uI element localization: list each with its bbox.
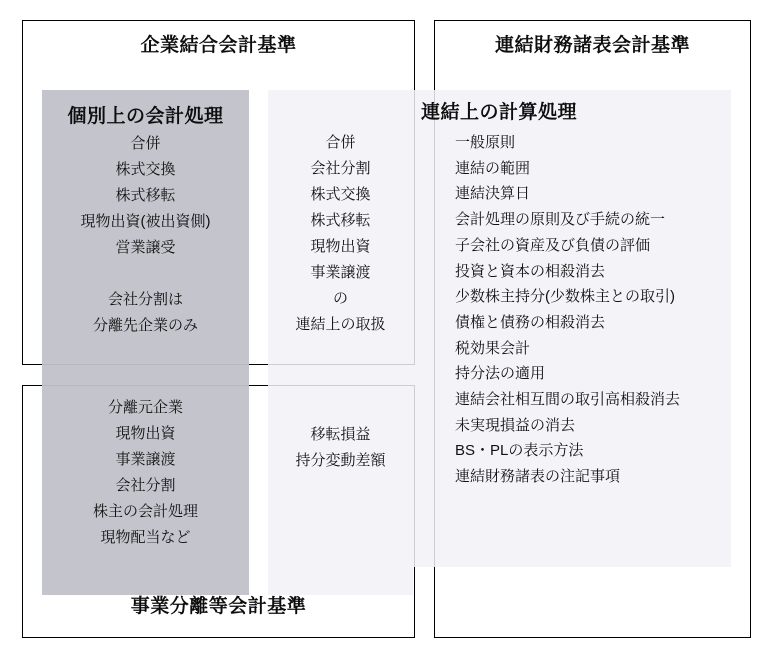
list-item — [42, 261, 249, 287]
list-item: 連結財務諸表の注記事項 — [455, 464, 731, 490]
list-item: BS・PLの表示方法 — [455, 438, 731, 464]
individual-items-list: 合併株式交換株式移転現物出資(被出資側)営業譲受 会社分割は分離先企業のみ — [42, 131, 249, 339]
list-item: 少数株主持分(少数株主との取引) — [455, 284, 731, 310]
consolidated-calculation-heading: 連結上の計算処理 — [413, 90, 731, 127]
consolidation-treatment-panel: 合併会社分割株式交換株式移転現物出資事業譲渡の連結上の取扱 移転損益持分変動差額 — [268, 90, 413, 595]
list-item: 会社分割 — [42, 473, 249, 499]
list-item: 会計処理の原則及び手続の統一 — [455, 207, 731, 233]
list-item: 現物出資(被出資側) — [42, 209, 249, 235]
list-item: 株式交換 — [42, 157, 249, 183]
list-item: 持分変動差額 — [268, 448, 413, 474]
diagram-canvas: 企業結合会計基準 事業分離等会計基準 連結財務諸表会計基準 個別上の会計処理 合… — [0, 0, 771, 646]
list-item: 会社分割は — [42, 287, 249, 313]
list-item: 合併 — [268, 130, 413, 156]
consolidation-target-list: 合併会社分割株式交換株式移転現物出資事業譲渡の連結上の取扱 — [268, 90, 413, 338]
list-item: 事業譲渡 — [268, 260, 413, 286]
list-item: 株式移転 — [268, 208, 413, 234]
list-item: 移転損益 — [268, 422, 413, 448]
list-item: 投資と資本の相殺消去 — [455, 259, 731, 285]
consolidated-calculation-panel: 連結上の計算処理 一般原則連結の範囲連結決算日会計処理の原則及び手続の統一子会社… — [413, 90, 731, 567]
consolidated-fs-title: 連結財務諸表会計基準 — [435, 21, 750, 60]
list-item: 持分法の適用 — [455, 361, 731, 387]
list-item: 連結の範囲 — [455, 156, 731, 182]
list-item: 株式移転 — [42, 183, 249, 209]
list-item: 営業譲受 — [42, 235, 249, 261]
list-item: 税効果会計 — [455, 336, 731, 362]
individual-accounting-heading: 個別上の会計処理 — [42, 90, 249, 131]
panel-spacer — [268, 338, 413, 422]
list-item: 未実現損益の消去 — [455, 413, 731, 439]
separation-items-list: 分離元企業現物出資事業譲渡会社分割株主の会計処理現物配当など — [42, 395, 249, 551]
business-combination-title: 企業結合会計基準 — [23, 21, 414, 60]
list-item: 分離先企業のみ — [42, 313, 249, 339]
list-item: 連結決算日 — [455, 181, 731, 207]
list-item: 事業譲渡 — [42, 447, 249, 473]
list-item: 現物配当など — [42, 525, 249, 551]
list-item: 連結会社相互間の取引高相殺消去 — [455, 387, 731, 413]
list-item: 債権と債務の相殺消去 — [455, 310, 731, 336]
business-separation-title: 事業分離等会計基準 — [23, 593, 414, 621]
list-item: 株主の会計処理 — [42, 499, 249, 525]
individual-accounting-panel: 個別上の会計処理 合併株式交換株式移転現物出資(被出資側)営業譲受 会社分割は分… — [42, 90, 249, 595]
list-item: 株式交換 — [268, 182, 413, 208]
list-item: 一般原則 — [455, 130, 731, 156]
list-item: 分離元企業 — [42, 395, 249, 421]
list-item: の — [268, 286, 413, 312]
panel-spacer — [42, 339, 249, 395]
list-item: 会社分割 — [268, 156, 413, 182]
list-item: 現物出資 — [42, 421, 249, 447]
consolidated-calculation-list: 一般原則連結の範囲連結決算日会計処理の原則及び手続の統一子会社の資産及び負債の評… — [455, 130, 731, 490]
list-item: 合併 — [42, 131, 249, 157]
list-item: 子会社の資産及び負債の評価 — [455, 233, 731, 259]
consolidation-result-list: 移転損益持分変動差額 — [268, 422, 413, 474]
list-item: 現物出資 — [268, 234, 413, 260]
list-item: 連結上の取扱 — [268, 312, 413, 338]
